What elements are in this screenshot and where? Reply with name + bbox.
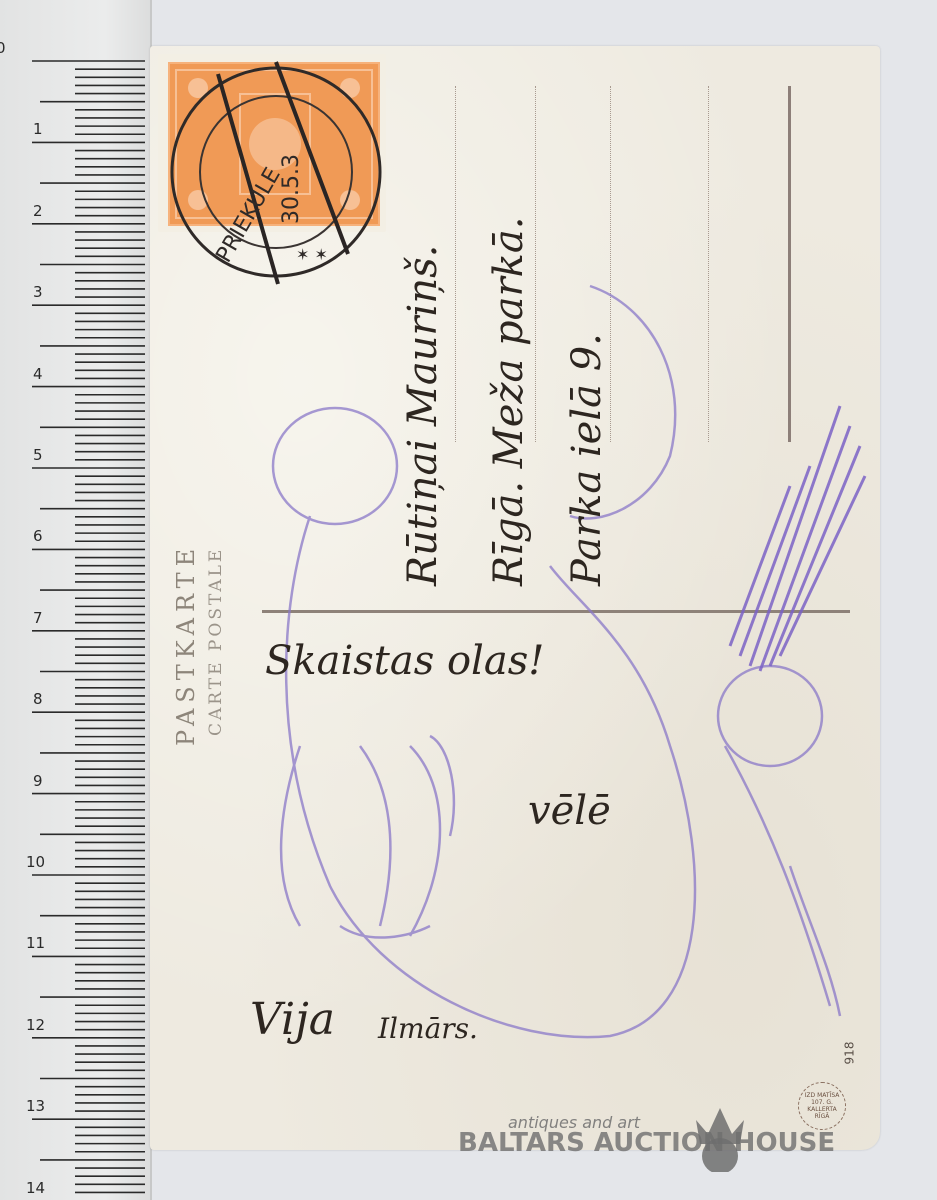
ruler-label: 9 — [33, 772, 43, 790]
measuring-ruler: 01234567891011121314 — [0, 0, 152, 1200]
ruler-label: 5 — [33, 446, 43, 464]
ruler-label: 4 — [33, 365, 43, 383]
address-line-street: Parka ielā 9. — [564, 333, 610, 586]
print-number: 918 — [842, 1042, 856, 1065]
postcard: PRIEKULE 30.5.3 ✶ ✶ PASTKARTE CARTE POST… — [150, 46, 880, 1150]
address-line-city: Rīgā. Meža parkā. — [486, 217, 532, 586]
message-wish: vēlē — [528, 788, 611, 834]
crayon-drawing — [150, 46, 880, 1150]
ruler-label: 14 — [26, 1179, 45, 1197]
ruler-label: 2 — [33, 202, 43, 220]
ruler-label: 7 — [33, 609, 43, 627]
address-line-recipient: Rūtiņai Mauriņš. — [400, 245, 446, 586]
signature-ilmars: Ilmārs. — [378, 1012, 478, 1045]
message-greeting: Skaistas olas! — [265, 638, 544, 684]
publisher-stamp: IZD MATĪSA 107. G. KALLERTA RĪGĀ — [798, 1082, 846, 1130]
ruler-label: 1 — [33, 120, 43, 138]
ruler-label: 6 — [33, 527, 43, 545]
ruler-label: 0 — [0, 39, 6, 57]
ruler-ticks — [0, 0, 150, 1200]
ruler-label: 11 — [26, 934, 45, 952]
ruler-label: 3 — [33, 283, 43, 301]
ruler-label: 8 — [33, 690, 43, 708]
ruler-label: 13 — [26, 1097, 45, 1115]
ruler-label: 10 — [26, 853, 45, 871]
ruler-label: 12 — [26, 1016, 45, 1034]
signature-vija: Vija — [250, 994, 335, 1045]
